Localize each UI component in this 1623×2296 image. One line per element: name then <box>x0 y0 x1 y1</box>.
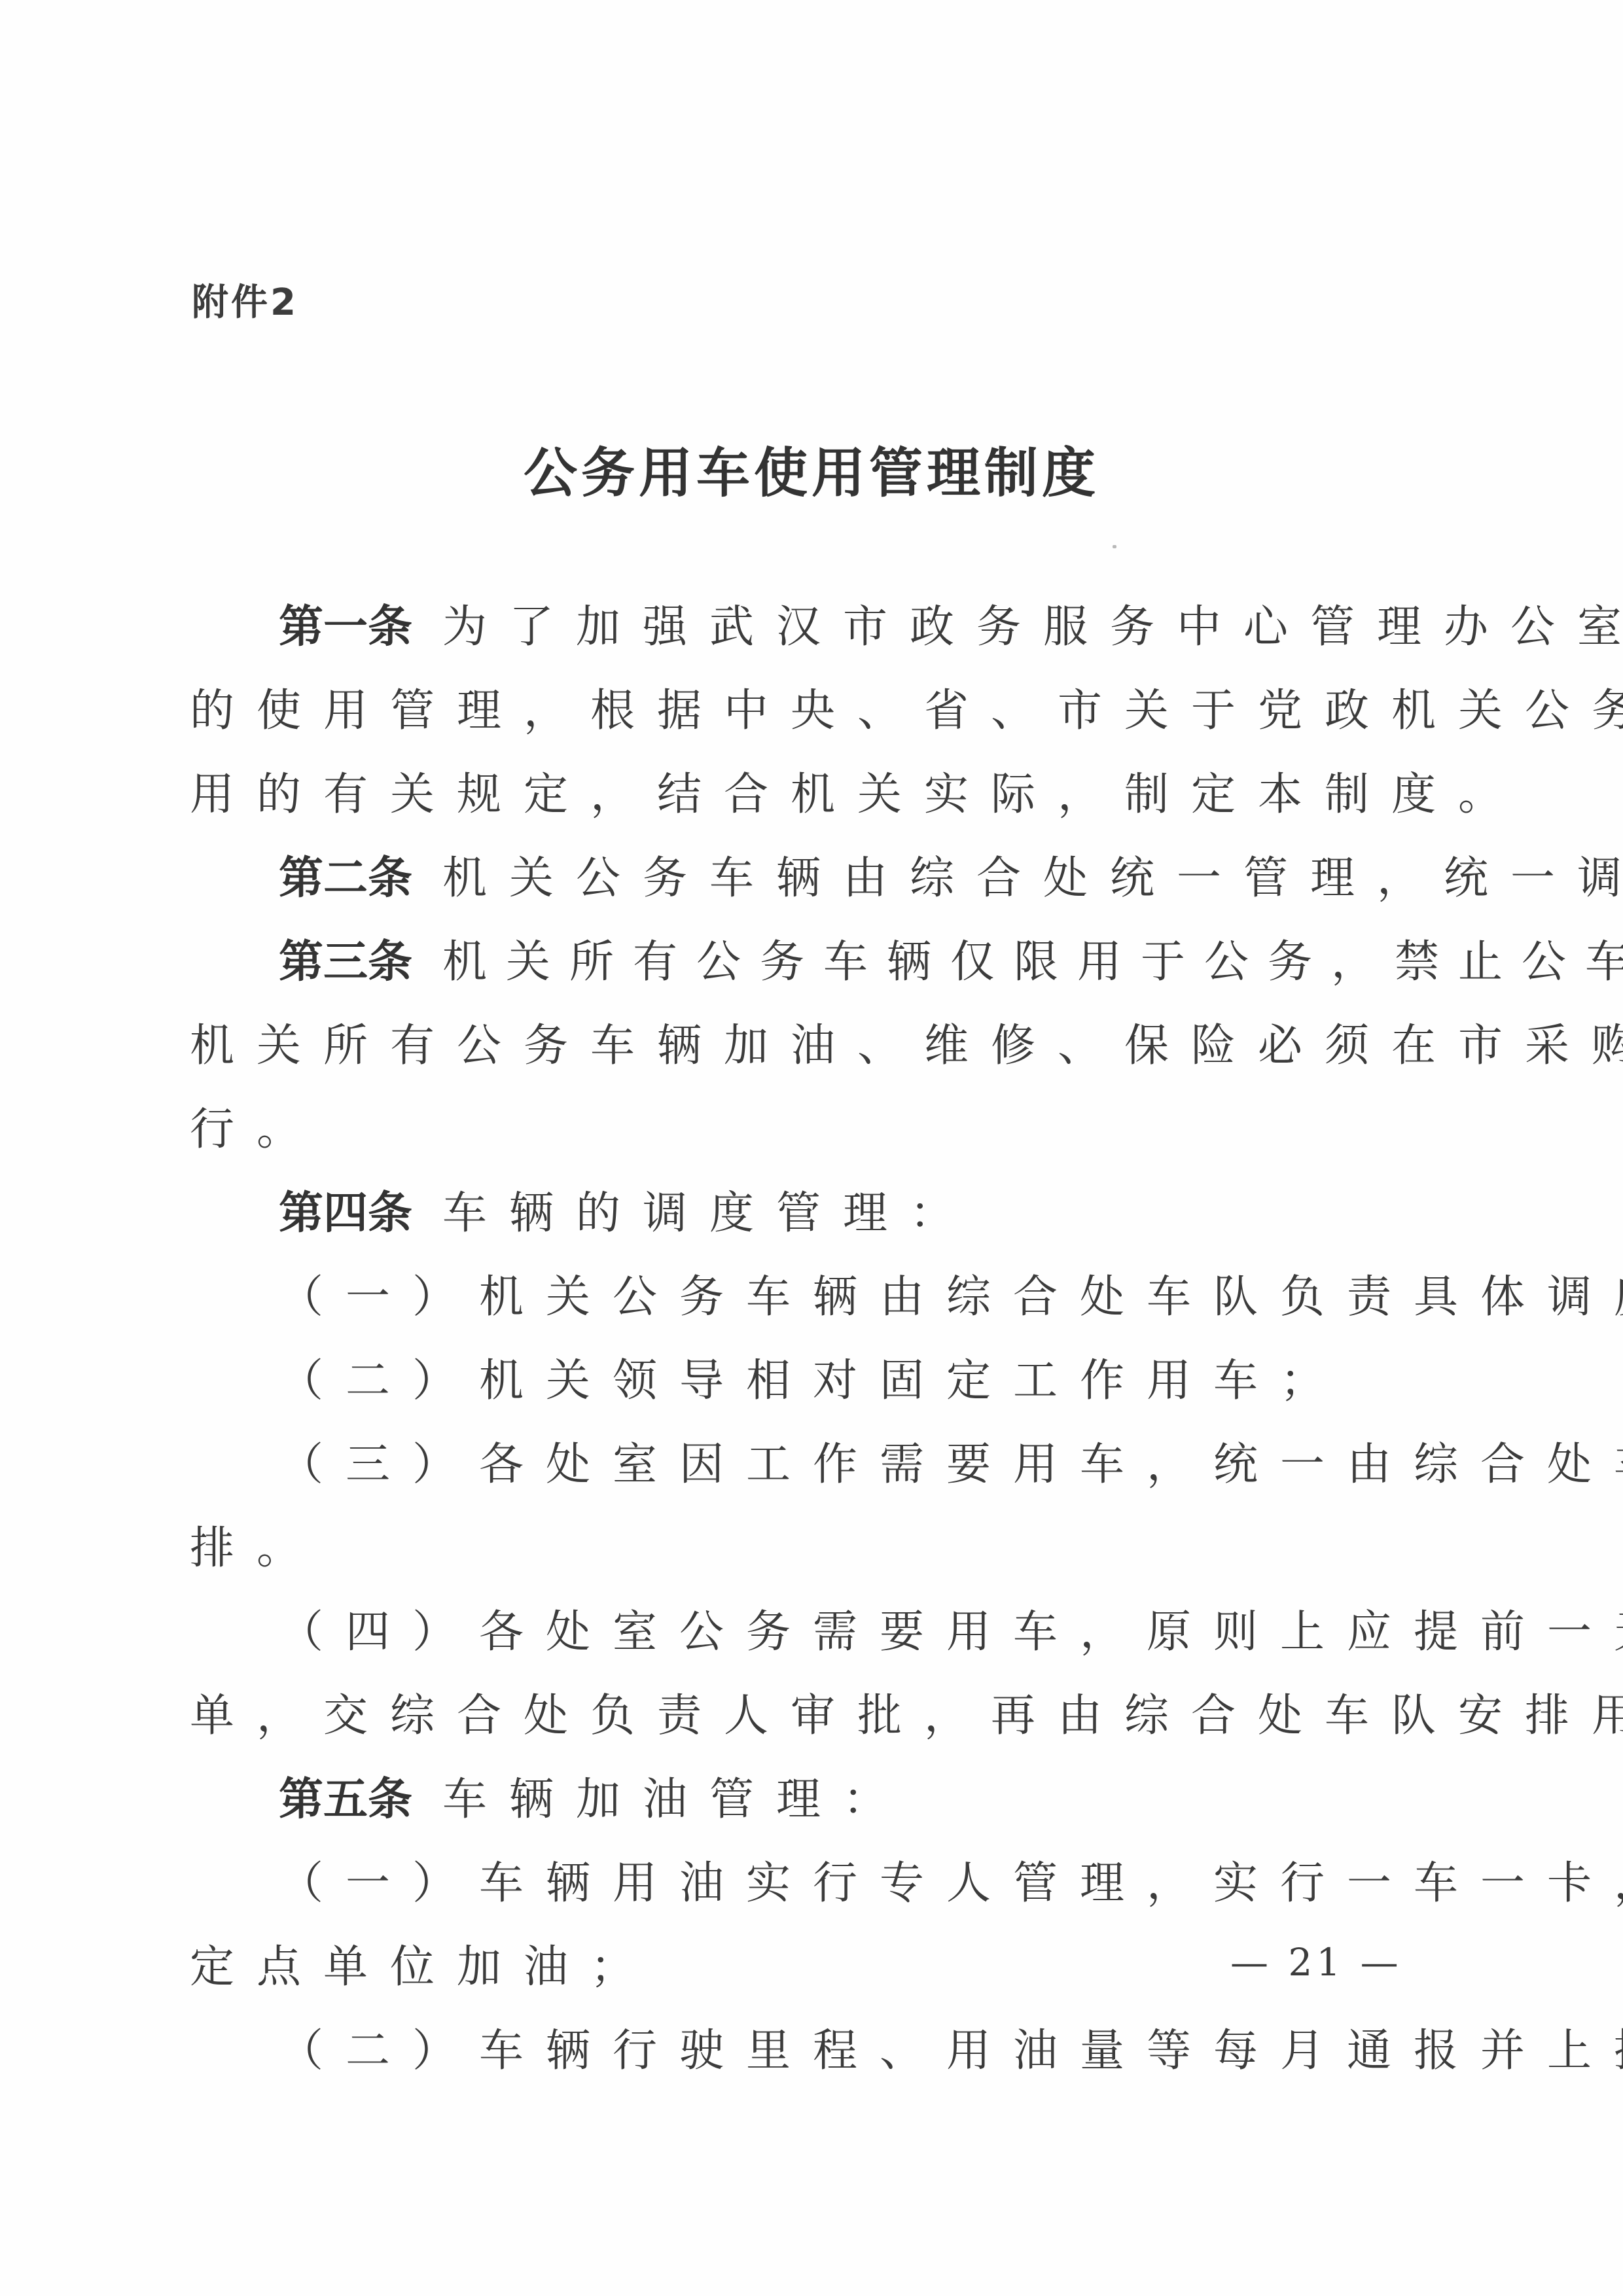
article-2-text: 机关公务车辆由综合处统一管理，统一调度。 <box>442 853 1623 904</box>
document-body: 第一条为了加强武汉市政务服务中心管理办公室公务用车 的使用管理，根据中央、省、市… <box>190 586 1414 2093</box>
article-1-line-1: 第一条为了加强武汉市政务服务中心管理办公室公务用车 <box>190 586 1414 669</box>
article-4-item-3-line-2: 排。 <box>190 1507 1414 1591</box>
article-5-number: 第五条 <box>279 1774 412 1826</box>
article-3-line-2: 机关所有公务车辆加油、维修、保险必须在市采购办定点单位进 <box>190 1004 1414 1088</box>
article-4-number: 第四条 <box>279 1188 412 1239</box>
article-5-item-2: （二）车辆行驶里程、用油量等每月通报并上报机关领导。 <box>190 2009 1414 2093</box>
article-1-line-3: 用的有关规定，结合机关实际，制定本制度。 <box>190 753 1414 837</box>
article-4-line-1: 第四条车辆的调度管理： <box>190 1172 1414 1256</box>
article-5-line-1: 第五条车辆加油管理： <box>190 1758 1414 1842</box>
article-4-item-4-line-2: 单，交综合处负责人审批，再由综合处车队安排用车。 <box>190 1674 1414 1758</box>
scan-speck <box>1113 545 1116 548</box>
article-2-number: 第二条 <box>279 853 412 904</box>
article-4-item-1: （一）机关公务车辆由综合处车队负责具体调度； <box>190 1256 1414 1339</box>
document-page: 附件2 公务用车使用管理制度 第一条为了加强武汉市政务服务中心管理办公室公务用车… <box>0 0 1623 2296</box>
article-1-text: 为了加强武汉市政务服务中心管理办公室公务用车 <box>442 601 1623 653</box>
article-3-number: 第三条 <box>279 936 412 988</box>
article-4-text: 车辆的调度管理： <box>442 1188 976 1239</box>
article-4-item-3-line-1: （三）各处室因工作需要用车，统一由综合处车队调度安 <box>190 1423 1414 1507</box>
page-number: — 21 — <box>1230 1940 1402 1985</box>
article-5-text: 车辆加油管理： <box>442 1774 910 1826</box>
article-3-text: 机关所有公务车辆仅限用于公务，禁止公车私用。 <box>442 936 1623 988</box>
attachment-label: 附件2 <box>192 274 298 326</box>
article-2-line-1: 第二条机关公务车辆由综合处统一管理，统一调度。 <box>190 837 1414 921</box>
article-1-line-2: 的使用管理，根据中央、省、市关于党政机关公务用车配备和使 <box>190 669 1414 753</box>
article-3-line-3: 行。 <box>190 1088 1414 1172</box>
article-5-item-1-line-1: （一）车辆用油实行专人管理，实行一车一卡，在政府采购 <box>190 1842 1414 1926</box>
article-4-item-2: （二）机关领导相对固定工作用车； <box>190 1339 1414 1423</box>
article-1-number: 第一条 <box>279 601 412 653</box>
document-title: 公务用车使用管理制度 <box>0 431 1623 507</box>
article-4-item-4-line-1: （四）各处室公务需要用车，原则上应提前一天填写派车 <box>190 1591 1414 1674</box>
article-3-line-1: 第三条机关所有公务车辆仅限用于公务，禁止公车私用。 <box>190 921 1414 1004</box>
